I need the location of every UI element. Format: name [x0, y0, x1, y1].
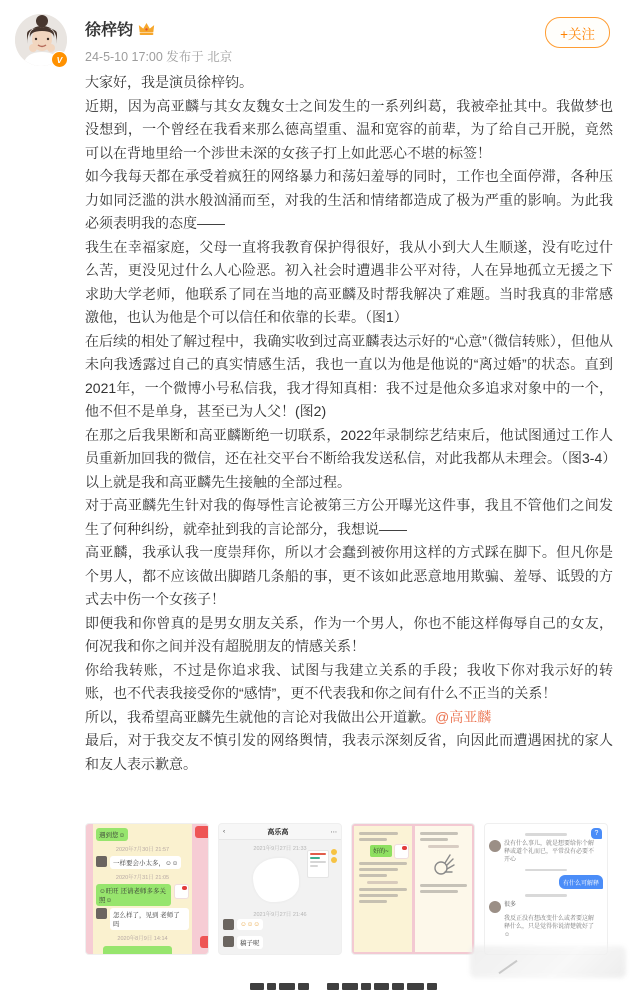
- chat-bubble: 好的~: [370, 845, 392, 857]
- chat-screenshot: 遇到您☺ 2020年7月30日 21:57 一样要会小太多，☺☺ 2020年7月…: [93, 824, 192, 954]
- paragraph: 大家好，我是演员徐梓钧。: [85, 71, 613, 95]
- illegible-text: [359, 832, 398, 835]
- chat-bubble: 怎么样了，见到 老师了吗: [110, 908, 189, 930]
- paragraph: 对于高亚麟先生针对我的侮辱性言论被第三方公开曝光这件事，我且不管他们之间发生了何…: [85, 494, 613, 541]
- chat-bubble: 遇到您☺: [96, 828, 128, 841]
- chat-bubble-cutoff: [103, 946, 172, 955]
- emoji-sticker: [331, 857, 337, 863]
- illegible-text: [359, 894, 398, 897]
- illegible-text: [359, 838, 387, 841]
- illegible-timestamp: [525, 894, 567, 897]
- verified-v-badge: V: [51, 51, 68, 68]
- sticker-partial: [195, 826, 209, 838]
- illegible-text: [420, 838, 448, 841]
- paragraph: 即便我和你曾真的是男女朋友关系，作为一个男人，你也不能这样侮辱自己的女友，何况我…: [85, 612, 613, 659]
- chat-screenshot-right: [415, 826, 473, 952]
- blurred-watermark: [470, 946, 626, 978]
- chat-avatar: [223, 919, 234, 930]
- chat-screenshot-left: 好的~: [354, 826, 412, 952]
- post-text: 大家好，我是演员徐梓钧。 近期，因为高亚麟与其女友魏女士之间发生的一系列纠葛，我…: [85, 71, 613, 776]
- chat-message: 没有什么事儿，就是想要给你个解释或道个礼而已，平常没有必要不开心: [504, 840, 596, 864]
- illegible-text: [359, 900, 387, 903]
- chat-timestamp: 2021年9月27日 21:46: [219, 910, 341, 918]
- post-timestamp: 24-5-10 17:00 发布于 北京: [85, 47, 232, 65]
- chat-avatar: [96, 856, 107, 867]
- image-thumbnail-4[interactable]: ? 没有什么事儿，就是想要给你个解释或道个礼而已，平常没有必要不开心 有什么可解…: [484, 823, 608, 955]
- transfer-card: [307, 850, 329, 878]
- back-icon: ‹: [223, 828, 225, 835]
- image-thumbnail-1[interactable]: 遇到您☺ 2020年7月30日 21:57 一样要会小太多，☺☺ 2020年7月…: [85, 823, 209, 955]
- illegible-timestamp: [525, 869, 567, 872]
- white-sticker: [253, 858, 299, 902]
- paragraph: 我生在幸福家庭，父母一直将我教育保护得很好，我从小到大人生顺遂，没有吃过什么苦，…: [85, 236, 613, 330]
- paragraph: 最后，对于我交友不慎引发的网络舆情，我表示深刻反省，向因此而遭遇困扰的家人和友人…: [85, 729, 613, 776]
- chat-avatar: [489, 901, 501, 913]
- illegible-text: [359, 874, 387, 877]
- paragraph: 以上就是我和高亚麟先生接触的全部过程。: [85, 471, 613, 495]
- illegible-text: [420, 832, 459, 835]
- chat-bubble: 一样要会小太多，☺☺: [110, 856, 181, 869]
- cutoff-text-line: [250, 983, 437, 990]
- paragraph: 在那之后我果断和高亚麟断绝一切联系，2022年录制综艺结束后，他试图通过工作人员…: [85, 424, 613, 471]
- chat-bubble: ☺☺☺: [237, 919, 263, 930]
- paragraph: 如今我每天都在承受着疯狂的网络暴力和荡妇羞辱的同时，工作也全面停滞，各种压力如同…: [85, 165, 613, 236]
- paragraph: 高亚麟，我承认我一度崇拜你，所以才会蠢到被你用这样的方式踩在脚下。但凡你是个男人…: [85, 541, 613, 612]
- chat-timestamp: 2020年7月31日 21:05: [96, 873, 189, 881]
- paragraph: 近期，因为高亚麟与其女友魏女士之间发生的一系列纠葛，我被牵扯其中。我做梦也没想到…: [85, 95, 613, 166]
- apology-text: 所以，我希望高亚麟先生就他的言论对我做出公开道歉。: [85, 709, 435, 725]
- chat-message: 很多: [504, 901, 516, 909]
- ok-hand-doodle: [430, 852, 456, 880]
- paragraph: 在后续的相处了解过程中，我确实收到过高亚麟表达示好的“心意”（微信转账），但他从…: [85, 330, 613, 424]
- emoji-sticker: [331, 849, 337, 855]
- chat-bubble: ☺旺旺 还请老师多多关照☺: [96, 884, 171, 906]
- illegible-text: [359, 888, 407, 891]
- illegible-text: [359, 862, 407, 865]
- attached-images-row: 遇到您☺ 2020年7月30日 21:57 一样要会小太多，☺☺ 2020年7月…: [85, 823, 608, 955]
- hello-kitty-sticker: [394, 844, 409, 859]
- chat-message: 我反正没有想改变什么或者要这解释什么，只是觉得你说清楚就好了☺: [504, 915, 596, 939]
- vip-crown-icon: [138, 22, 155, 36]
- weibo-post: V 徐梓钧 24-5-10 17:00 发布于 北京 +关注 大家好，我是演员徐…: [0, 0, 635, 990]
- chat-title: 高乐高: [267, 827, 288, 837]
- image-thumbnail-3[interactable]: 好的~: [351, 823, 475, 955]
- image-thumbnail-2[interactable]: ‹ 高乐高 ⋯ 2021年9月27日 21:33 2021年9月27日 21:4…: [218, 823, 342, 955]
- avatar[interactable]: V: [15, 14, 67, 66]
- chat-avatar: [223, 936, 234, 947]
- illegible-text: [420, 884, 468, 887]
- chat-header: ‹ 高乐高 ⋯: [219, 824, 341, 840]
- illegible-timestamp: [525, 833, 567, 836]
- chat-bubble: 稿子呢: [237, 936, 263, 949]
- mention-link-gaoyalin[interactable]: @高亚麟: [435, 709, 491, 725]
- chat-avatar: [96, 908, 107, 919]
- header-text: 徐梓钧 24-5-10 17:00 发布于 北京: [85, 17, 232, 65]
- chat-avatar: [489, 840, 501, 852]
- follow-button[interactable]: +关注: [545, 17, 610, 48]
- chat-timestamp: 2020年8月9日 14:14: [96, 934, 189, 942]
- hello-kitty-sticker: [174, 884, 189, 899]
- illegible-timestamp: [367, 881, 398, 884]
- chat-bubble: 有什么可解释: [559, 875, 603, 889]
- illegible-text: [420, 890, 459, 893]
- more-icon: ⋯: [330, 828, 337, 836]
- paragraph: 你给我转账，不过是你追求我、试图与我建立关系的手段；我收下你对我示好的转账，也不…: [85, 659, 613, 706]
- paragraph-with-mention: 所以，我希望高亚麟先生就他的言论对我做出公开道歉。@高亚麟: [85, 706, 613, 730]
- chat-timestamp: 2020年7月30日 21:57: [96, 845, 189, 853]
- sticker-partial: [200, 936, 209, 948]
- illegible-timestamp: [428, 845, 459, 848]
- chat-bubble: ?: [591, 828, 602, 839]
- illegible-text: [359, 868, 398, 871]
- username[interactable]: 徐梓钧: [85, 17, 133, 40]
